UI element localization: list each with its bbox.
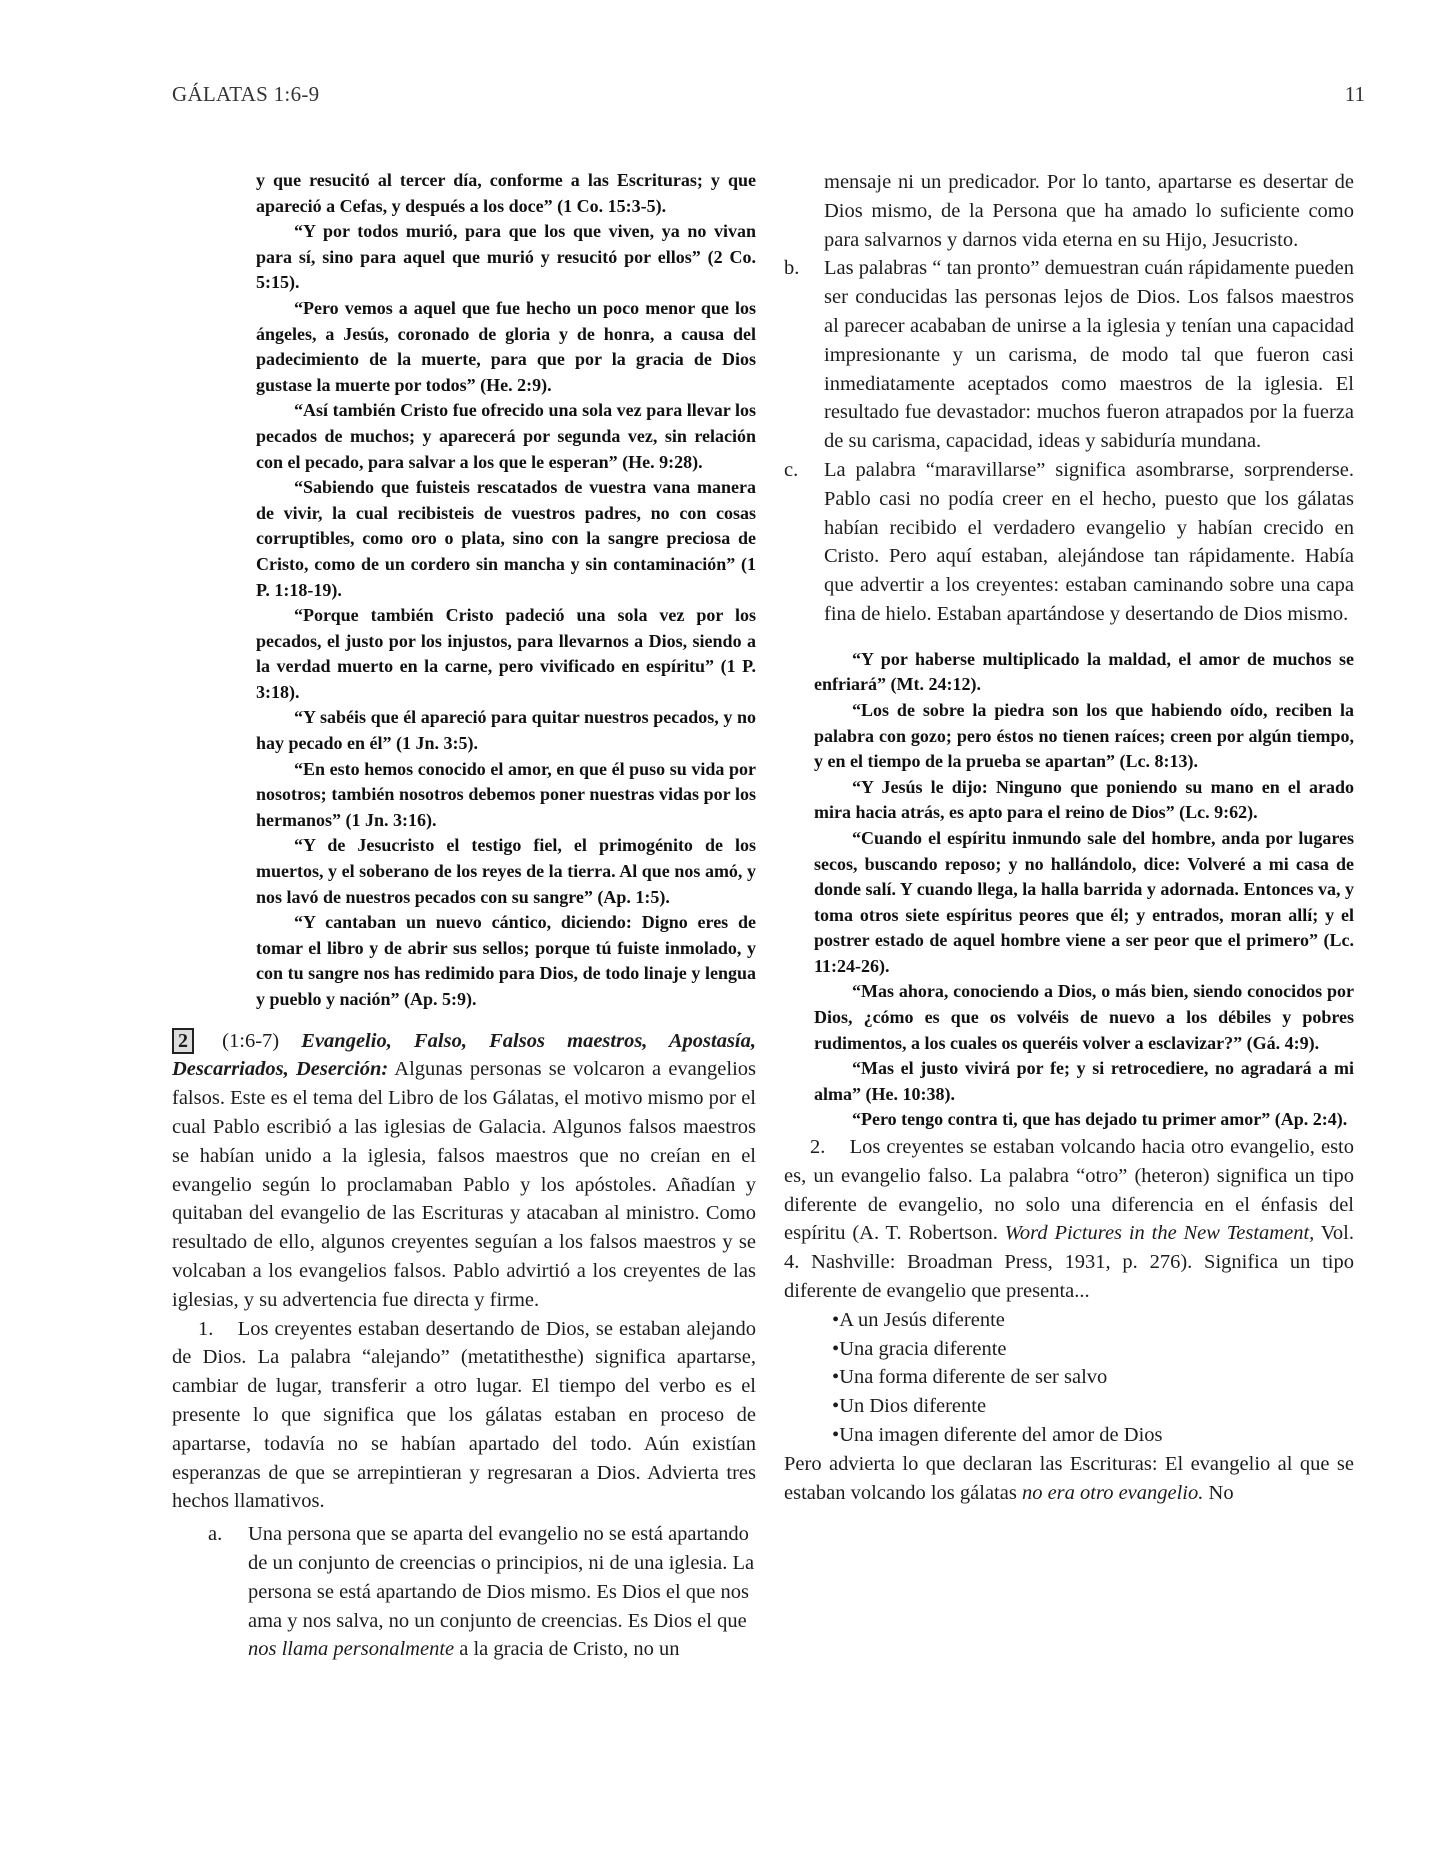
scripture-quote: “Y Jesús le dijo: Ninguno que poniendo s… [814, 775, 1354, 826]
left-column: y que resucitó al tercer día, conforme a… [172, 168, 756, 1664]
scripture-quote: “Sabiendo que fuisteis rescatados de vue… [256, 475, 756, 603]
emphasis-text: nos llama personalmente [248, 1638, 454, 1660]
subpoint-text: Una persona que se aparta del evangelio … [248, 1523, 754, 1631]
point-text: Los creyentes estaban desertando de Dios… [172, 1318, 756, 1513]
closing-paragraph: Pero advierta lo que declaran las Escrit… [784, 1450, 1354, 1508]
scripture-quote: “Pero vemos a aquel que fue hecho un poc… [256, 296, 756, 398]
subpoint-label: c. [784, 456, 824, 629]
scripture-quote: “Mas el justo vivirá por fe; y si retroc… [814, 1056, 1354, 1107]
scripture-quote: “Y por todos murió, para que los que viv… [256, 219, 756, 296]
point-number: 1. [198, 1318, 213, 1340]
subpoint-label: b. [784, 254, 824, 456]
list-item: Una imagen diferente del amor de Dios [832, 1421, 1354, 1450]
note-reference: (1:6-7) [222, 1030, 279, 1052]
scripture-quote: “Mas ahora, conociendo a Dios, o más bie… [814, 979, 1354, 1056]
scripture-quote: “En esto hemos conocido el amor, en que … [256, 757, 756, 834]
subpoint-text: mensaje ni un predicador. Por lo tanto, … [824, 168, 1354, 254]
right-column: mensaje ni un predicador. Por lo tanto, … [784, 168, 1354, 1507]
list-item: Un Dios diferente [832, 1392, 1354, 1421]
list-item: A un Jesús diferente [832, 1306, 1354, 1335]
subpoint-a-continued: mensaje ni un predicador. Por lo tanto, … [784, 168, 1354, 254]
point-2: 2. Los creyentes se estaban volcando hac… [784, 1133, 1354, 1306]
scripture-quotes-right: “Y por haberse multiplicado la maldad, e… [814, 647, 1354, 1133]
book-title: Word Pictures in the New Testament, [1005, 1222, 1315, 1244]
subpoint-label: a. [208, 1520, 248, 1664]
scripture-quotes-left: y que resucitó al tercer día, conforme a… [256, 168, 756, 1013]
scripture-quote: “Cuando el espíritu inmundo sale del hom… [814, 826, 1354, 980]
scripture-quote: “Y sabéis que él apareció para quitar nu… [256, 705, 756, 756]
scripture-quote: “Los de sobre la piedra son los que habi… [814, 698, 1354, 775]
document-page: GÁLATAS 1:6-9 11 y que resucitó al terce… [0, 0, 1445, 1870]
running-head: GÁLATAS 1:6-9 [172, 82, 319, 107]
difference-list: A un Jesús diferente Una gracia diferent… [832, 1306, 1354, 1450]
point-number: 2. [810, 1136, 825, 1158]
note-number-box: 2 [172, 1028, 194, 1054]
subpoint-text: a la gracia de Cristo, no un [454, 1638, 679, 1660]
subpoint-text: Las palabras “ tan pronto” demuestran cu… [824, 254, 1354, 456]
list-item: Una forma diferente de ser salvo [832, 1363, 1354, 1392]
subpoint-c: c. La palabra “maravillarse” significa a… [784, 456, 1354, 629]
subpoint-b: b. Las palabras “ tan pronto” demuestran… [784, 254, 1354, 456]
note-text: Algunas personas se volcaron a evangelio… [172, 1058, 756, 1310]
scripture-quote: “Y de Jesucristo el testigo fiel, el pri… [256, 833, 756, 910]
scripture-quote: y que resucitó al tercer día, conforme a… [256, 168, 756, 219]
subpoint-a: a. Una persona que se aparta del evangel… [208, 1520, 756, 1664]
emphasis-text: no era otro evangelio. [1022, 1482, 1203, 1504]
closing-text: No [1203, 1482, 1233, 1504]
scripture-quote: “Así también Cristo fue ofrecido una sol… [256, 398, 756, 475]
point-1: 1. Los creyentes estaban desertando de D… [172, 1315, 756, 1517]
scripture-quote: “Y por haberse multiplicado la maldad, e… [814, 647, 1354, 698]
commentary-note: 2 (1:6-7) Evangelio, Falso, Falsos maest… [172, 1027, 756, 1665]
list-item: Una gracia diferente [832, 1335, 1354, 1364]
subpoint-text: La palabra “maravillarse” significa asom… [824, 456, 1354, 629]
scripture-quote: “Pero tengo contra ti, que has dejado tu… [814, 1107, 1354, 1133]
scripture-quote: “Y cantaban un nuevo cántico, diciendo: … [256, 910, 756, 1012]
page-number: 11 [1345, 82, 1365, 107]
scripture-quote: “Porque también Cristo padeció una sola … [256, 603, 756, 705]
